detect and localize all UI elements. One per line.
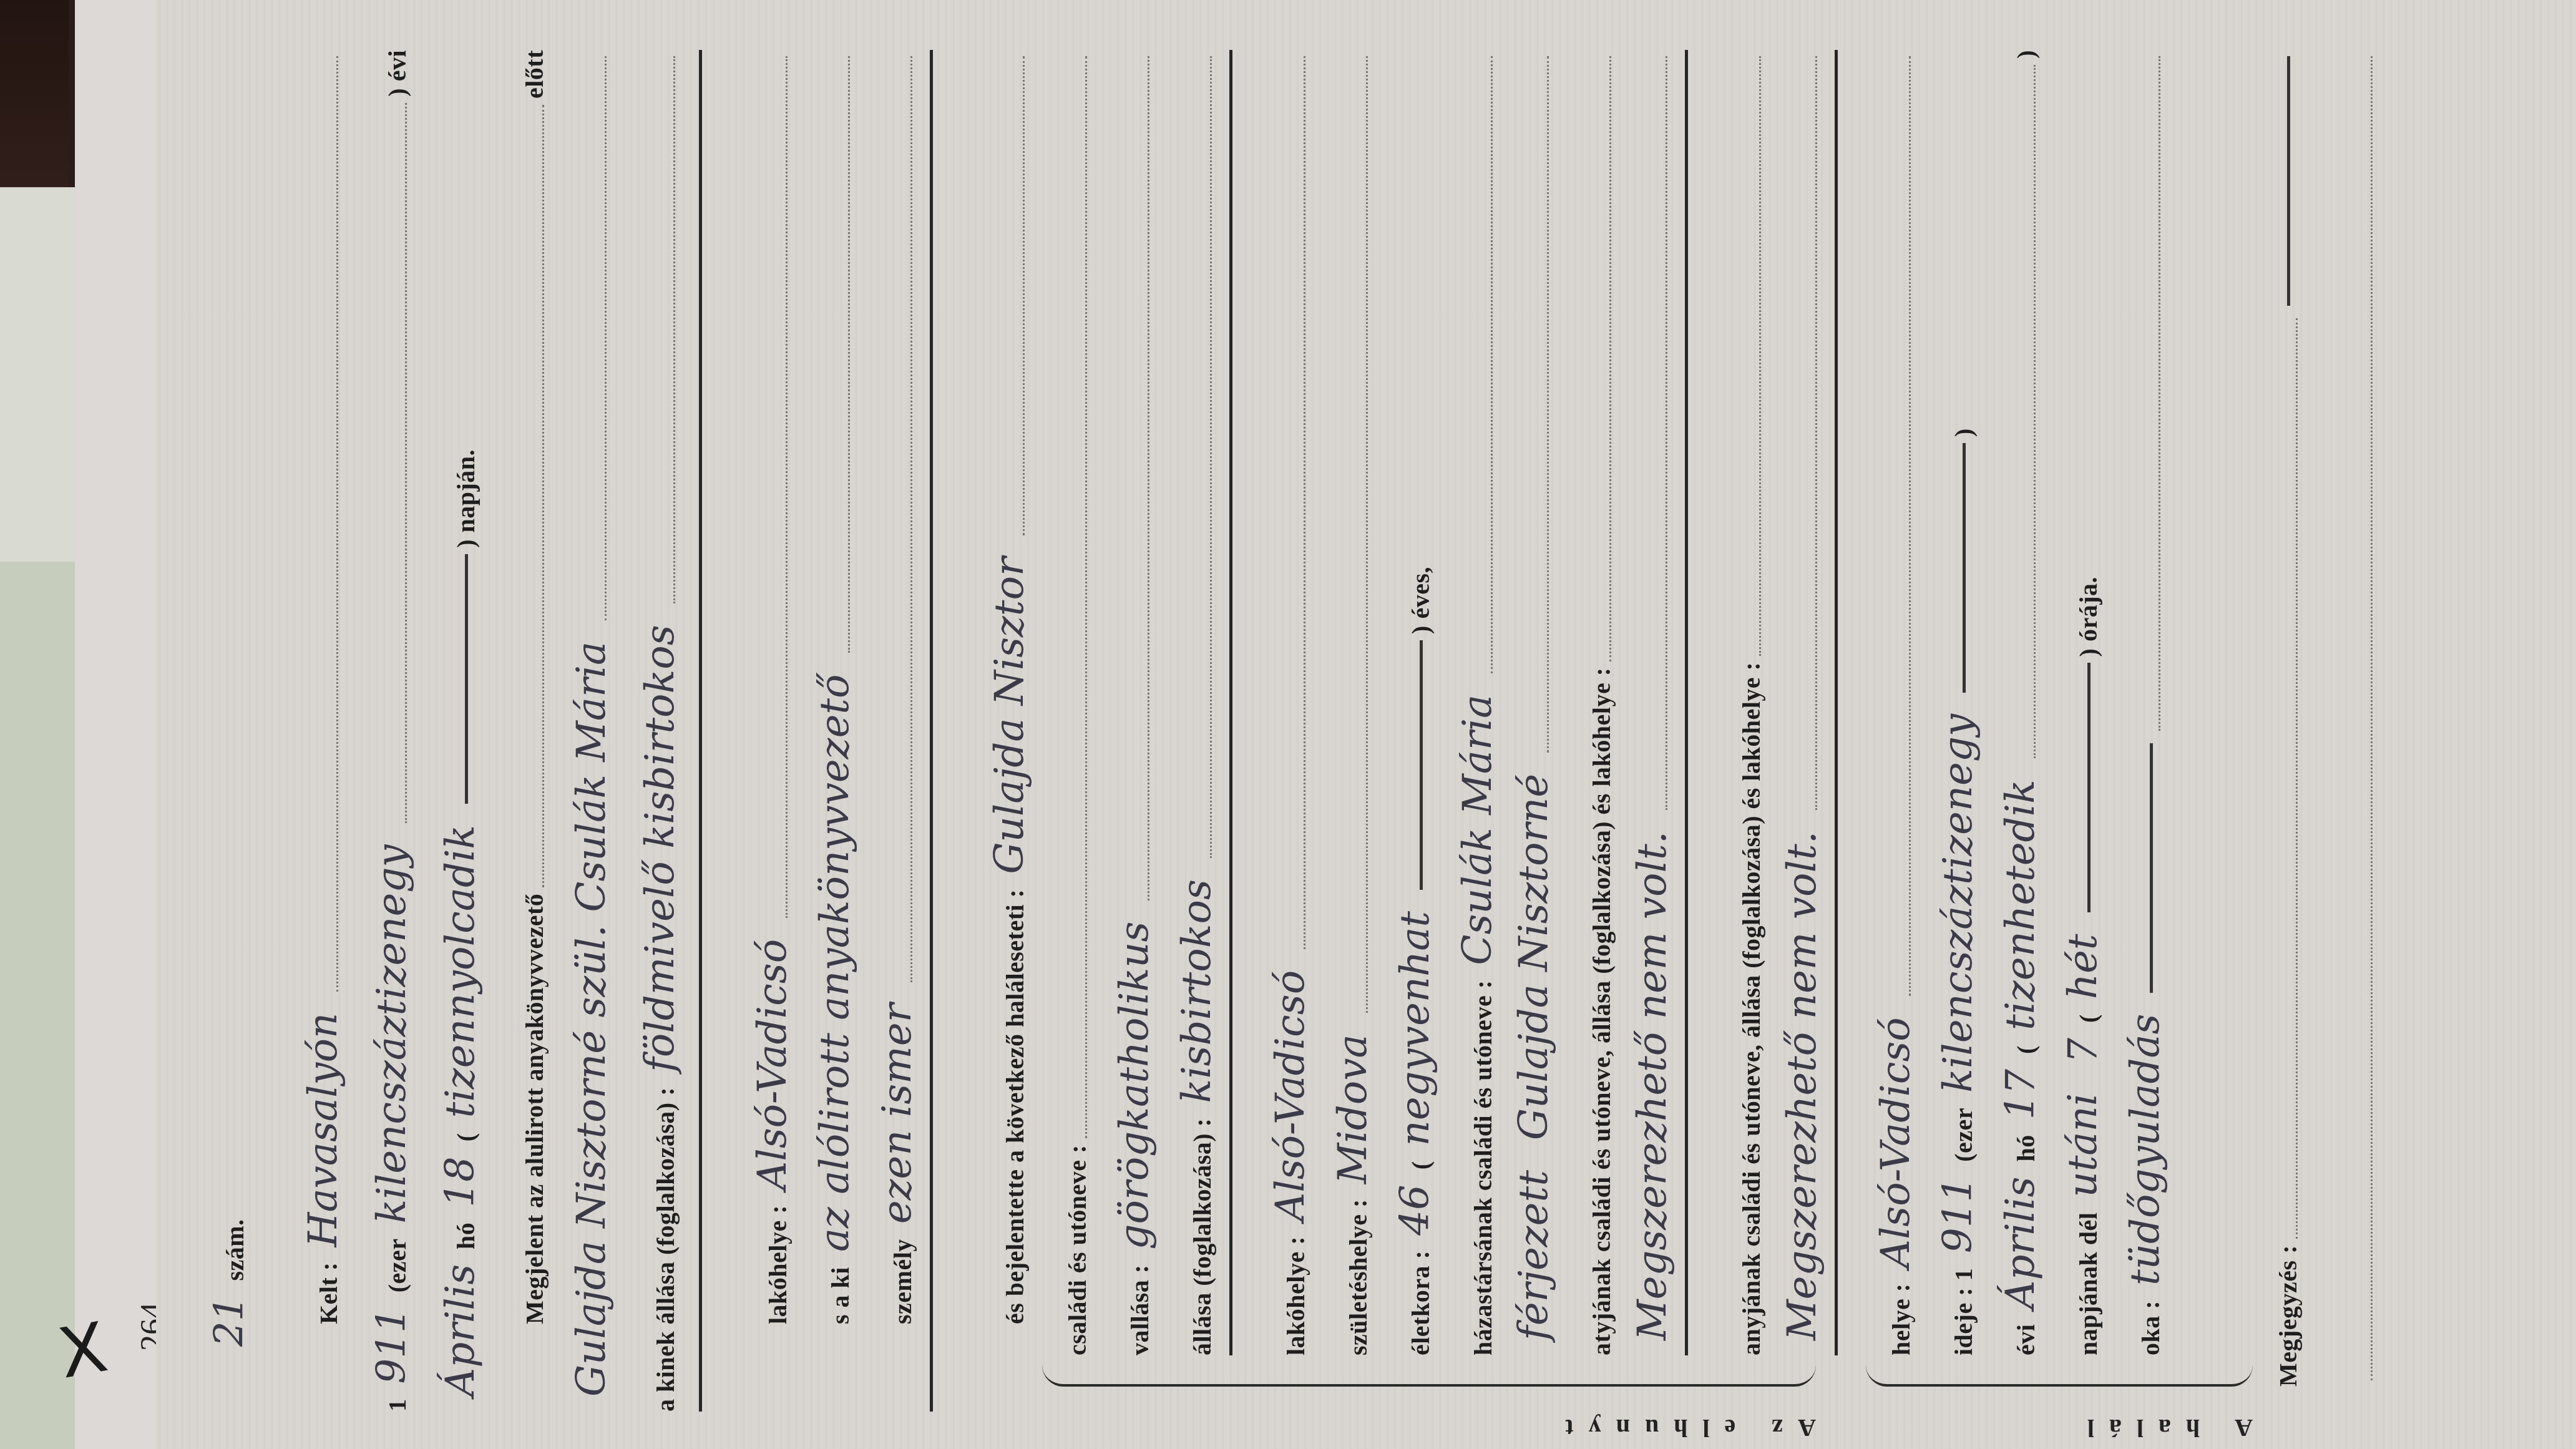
death-time-label: ideje : 1 xyxy=(1949,1268,1978,1355)
deceased-occupation-label: állása (foglalkozása) : xyxy=(1188,1118,1217,1355)
deceased-spouse-row-2: férjezett Gulajda Nisztorné xyxy=(1504,50,1554,1355)
year-label-close: ) évi xyxy=(383,50,412,97)
death-cause-label: oka : xyxy=(2136,1300,2165,1355)
death-side-label: A halál xyxy=(1866,1413,2253,1443)
divider xyxy=(699,50,702,1412)
appeared-occupation-label: a kinek állása (foglalkozása) : xyxy=(651,1087,680,1412)
remarks-label: Megjegyzés : xyxy=(2273,1245,2303,1387)
page-margin xyxy=(75,0,156,1449)
divider xyxy=(1685,50,1688,1355)
appeared-residence: Alsó-Vadicsó xyxy=(753,924,793,1205)
deceased-name-header: Gulajda Nisztor xyxy=(990,542,1030,889)
death-month-label: hó xyxy=(2011,1134,2041,1161)
deceased-birthplace-row: születéshelye : Midova xyxy=(1323,50,1373,1355)
deceased-residence: Alsó-Vadicsó xyxy=(1271,955,1310,1236)
year-prefix: 1 xyxy=(383,1399,412,1412)
kelt-row: Kelt : Havasalyón xyxy=(293,50,343,1324)
divider xyxy=(1229,50,1232,1355)
kelt-year-row: 1 911 (ezer kilencszáztizenegy ) évi xyxy=(362,50,412,1412)
divider xyxy=(1835,50,1838,1355)
deceased-brace xyxy=(1042,1365,1816,1387)
remarks-row-2 xyxy=(2328,50,2378,1387)
deceased-age-row: életkora : 46 ( negyvenhat ) éves, xyxy=(1385,50,1435,1355)
kelt-month: Április xyxy=(441,1249,481,1412)
deceased-religion: görögkatholikus xyxy=(1115,907,1154,1265)
kelt-date-row: Április hó 18 ( tizennyolcadik ) napján. xyxy=(431,50,481,1412)
death-year: 911 xyxy=(1938,1162,1978,1268)
death-year-close: évi xyxy=(2011,1324,2041,1355)
deceased-mother: Megszerezhető nem volt. xyxy=(1782,816,1822,1355)
appeared-occupation-row: a kinek állása (foglalkozása) : földmive… xyxy=(630,50,680,1412)
kelt-year-words: kilencszáztizenegy xyxy=(372,829,412,1238)
deceased-occupation: kisbirtokos xyxy=(1177,864,1217,1118)
appeared-name-row: Gulajda Nisztorné szül. Csulák Mária xyxy=(562,50,612,1412)
death-month: Április xyxy=(2001,1162,2041,1324)
death-year-row: ideje : 1 911 (ezer kilencszáztizenegy ) xyxy=(1928,50,1978,1355)
entry-number: 21 xyxy=(210,1281,250,1362)
year-label-open: (ezer xyxy=(383,1239,412,1293)
month-label: hó xyxy=(451,1222,481,1249)
kelt-label: Kelt : xyxy=(314,1262,343,1324)
death-hour-row: napjának dél utáni 7 ( hét ) órája. xyxy=(2053,50,2103,1355)
deceased-birthplace-label: születéshelye : xyxy=(1344,1199,1373,1355)
death-place-label: helye : xyxy=(1886,1283,1916,1355)
entry-number-label: szám. xyxy=(220,1219,250,1281)
declaration-label: és bejelentette a következő haláleseteti… xyxy=(1000,889,1030,1324)
deceased-birthplace: Midova xyxy=(1333,1019,1373,1199)
death-cause-row: oka : tüdőgyuladás xyxy=(2115,50,2165,1355)
death-year-open: (ezer xyxy=(1949,1108,1978,1162)
kelt-place: Havasalyón xyxy=(303,998,343,1262)
deceased-name-row: családi és utóneve : xyxy=(1042,50,1092,1355)
deceased-side-label: Az elhunyt xyxy=(1042,1413,1816,1443)
deceased-residence-label: lakóhelye : xyxy=(1281,1236,1310,1355)
deceased-spouse-row: házastársának családi és utóneve : Csulá… xyxy=(1448,50,1498,1355)
kelt-day-words: tizennyolcadik xyxy=(441,810,481,1133)
divider xyxy=(930,50,933,1412)
known-value: az alólirott anyakönyvvezető xyxy=(815,659,855,1267)
deceased-father-row: atyjának családi és utóneve, állása (fog… xyxy=(1566,50,1616,1355)
deceased-age: 46 xyxy=(1395,1169,1435,1250)
death-time-of-day: utáni xyxy=(2063,1078,2103,1212)
appeared-label: Megjelent az alulirott anyakönyvvezető xyxy=(520,894,549,1324)
deceased-age-words: negyvenhat xyxy=(1395,896,1435,1161)
age-suffix: ) éves, xyxy=(1406,567,1435,634)
deceased-age-label: életkora : xyxy=(1406,1251,1435,1355)
death-year-words: kilencszáztizenegy xyxy=(1938,699,1978,1108)
death-place: Alsó-Vadicsó xyxy=(1876,1002,1916,1283)
appeared-residence-row: lakóhelye : Alsó-Vadicsó xyxy=(743,50,793,1324)
kelt-day: 18 xyxy=(441,1141,481,1222)
death-brace xyxy=(1866,1365,2253,1387)
death-cause: tüdőgyuladás xyxy=(2125,999,2165,1300)
appeared-label-end: előtt xyxy=(520,50,549,99)
appeared-name: Gulajda Nisztorné szül. Csulák Mária xyxy=(572,627,612,1412)
death-time-of-day-label: napjának dél xyxy=(2074,1212,2103,1355)
deceased-spouse-label: házastársának családi és utóneve : xyxy=(1468,980,1498,1355)
deceased-spouse: Csulák Mária xyxy=(1458,680,1498,980)
known-row: s a ki az alólirott anyakönyvvezető xyxy=(805,50,855,1324)
known-value-2: ezen ismer xyxy=(877,988,917,1239)
deceased-mother-row: anyjának családi és utóneve, állása (fog… xyxy=(1716,50,1766,1355)
known-label: s a ki xyxy=(826,1267,855,1324)
entry-number-row: 21 szám. xyxy=(200,50,250,1362)
day-label-close: ) napján. xyxy=(451,449,481,548)
declaration-row: és bejelentette a következő haláleseteti… xyxy=(980,50,1030,1324)
deceased-mother-value-row: Megszerezhető nem volt. xyxy=(1772,50,1822,1355)
deceased-religion-row: vallása : görögkatholikus xyxy=(1105,50,1154,1355)
known-row-2: személy ezen ismer xyxy=(867,50,917,1324)
remarks-row: Megjegyzés : xyxy=(2253,50,2303,1387)
deceased-residence-row: lakóhelye : Alsó-Vadicsó xyxy=(1261,50,1310,1355)
death-date-row: évi Április hó 17 ( tizenhetedik ) xyxy=(1991,50,2041,1355)
appeared-residence-label: lakóhelye : xyxy=(763,1205,793,1324)
kelt-year: 911 xyxy=(372,1292,412,1398)
deceased-father: Megszerezhető nem volt. xyxy=(1632,816,1672,1355)
death-day-words: tizenhetedik xyxy=(2001,764,2041,1045)
death-hour-label: ) órája. xyxy=(2074,577,2103,656)
deceased-religion-label: vallása : xyxy=(1125,1264,1154,1355)
deceased-occupation-row: állása (foglalkozása) : kisbirtokos xyxy=(1167,50,1217,1355)
deceased-spouse-line2: Gulajda Nisztorné xyxy=(1514,759,1554,1155)
death-place-row: helye : Alsó-Vadicsó xyxy=(1866,50,1916,1355)
deceased-father-value-row: Megszerezhető nem volt. xyxy=(1622,50,1672,1355)
death-hour: 7 xyxy=(2063,1023,2103,1078)
appeared-row: Megjelent az alulirott anyakönyvvezető e… xyxy=(499,50,549,1324)
register-page: 21 szám. Kelt : Havasalyón 1 911 (ezer k… xyxy=(156,0,2576,1449)
underlying-page xyxy=(0,187,78,624)
death-hour-words: hét xyxy=(2063,919,2103,1014)
death-day: 17 xyxy=(2001,1054,2041,1134)
deceased-father-label: atyjának családi és utóneve, állása (fog… xyxy=(1587,668,1616,1355)
appeared-occupation: földmivelő kisbirtokos xyxy=(640,610,680,1087)
deceased-spouse-prefix: férjezett xyxy=(1514,1155,1554,1355)
deceased-name-label: családi és utóneve : xyxy=(1063,1144,1092,1355)
deceased-mother-label: anyjának családi és utóneve, állása (fog… xyxy=(1737,662,1766,1355)
known-label-2: személy xyxy=(888,1239,917,1324)
